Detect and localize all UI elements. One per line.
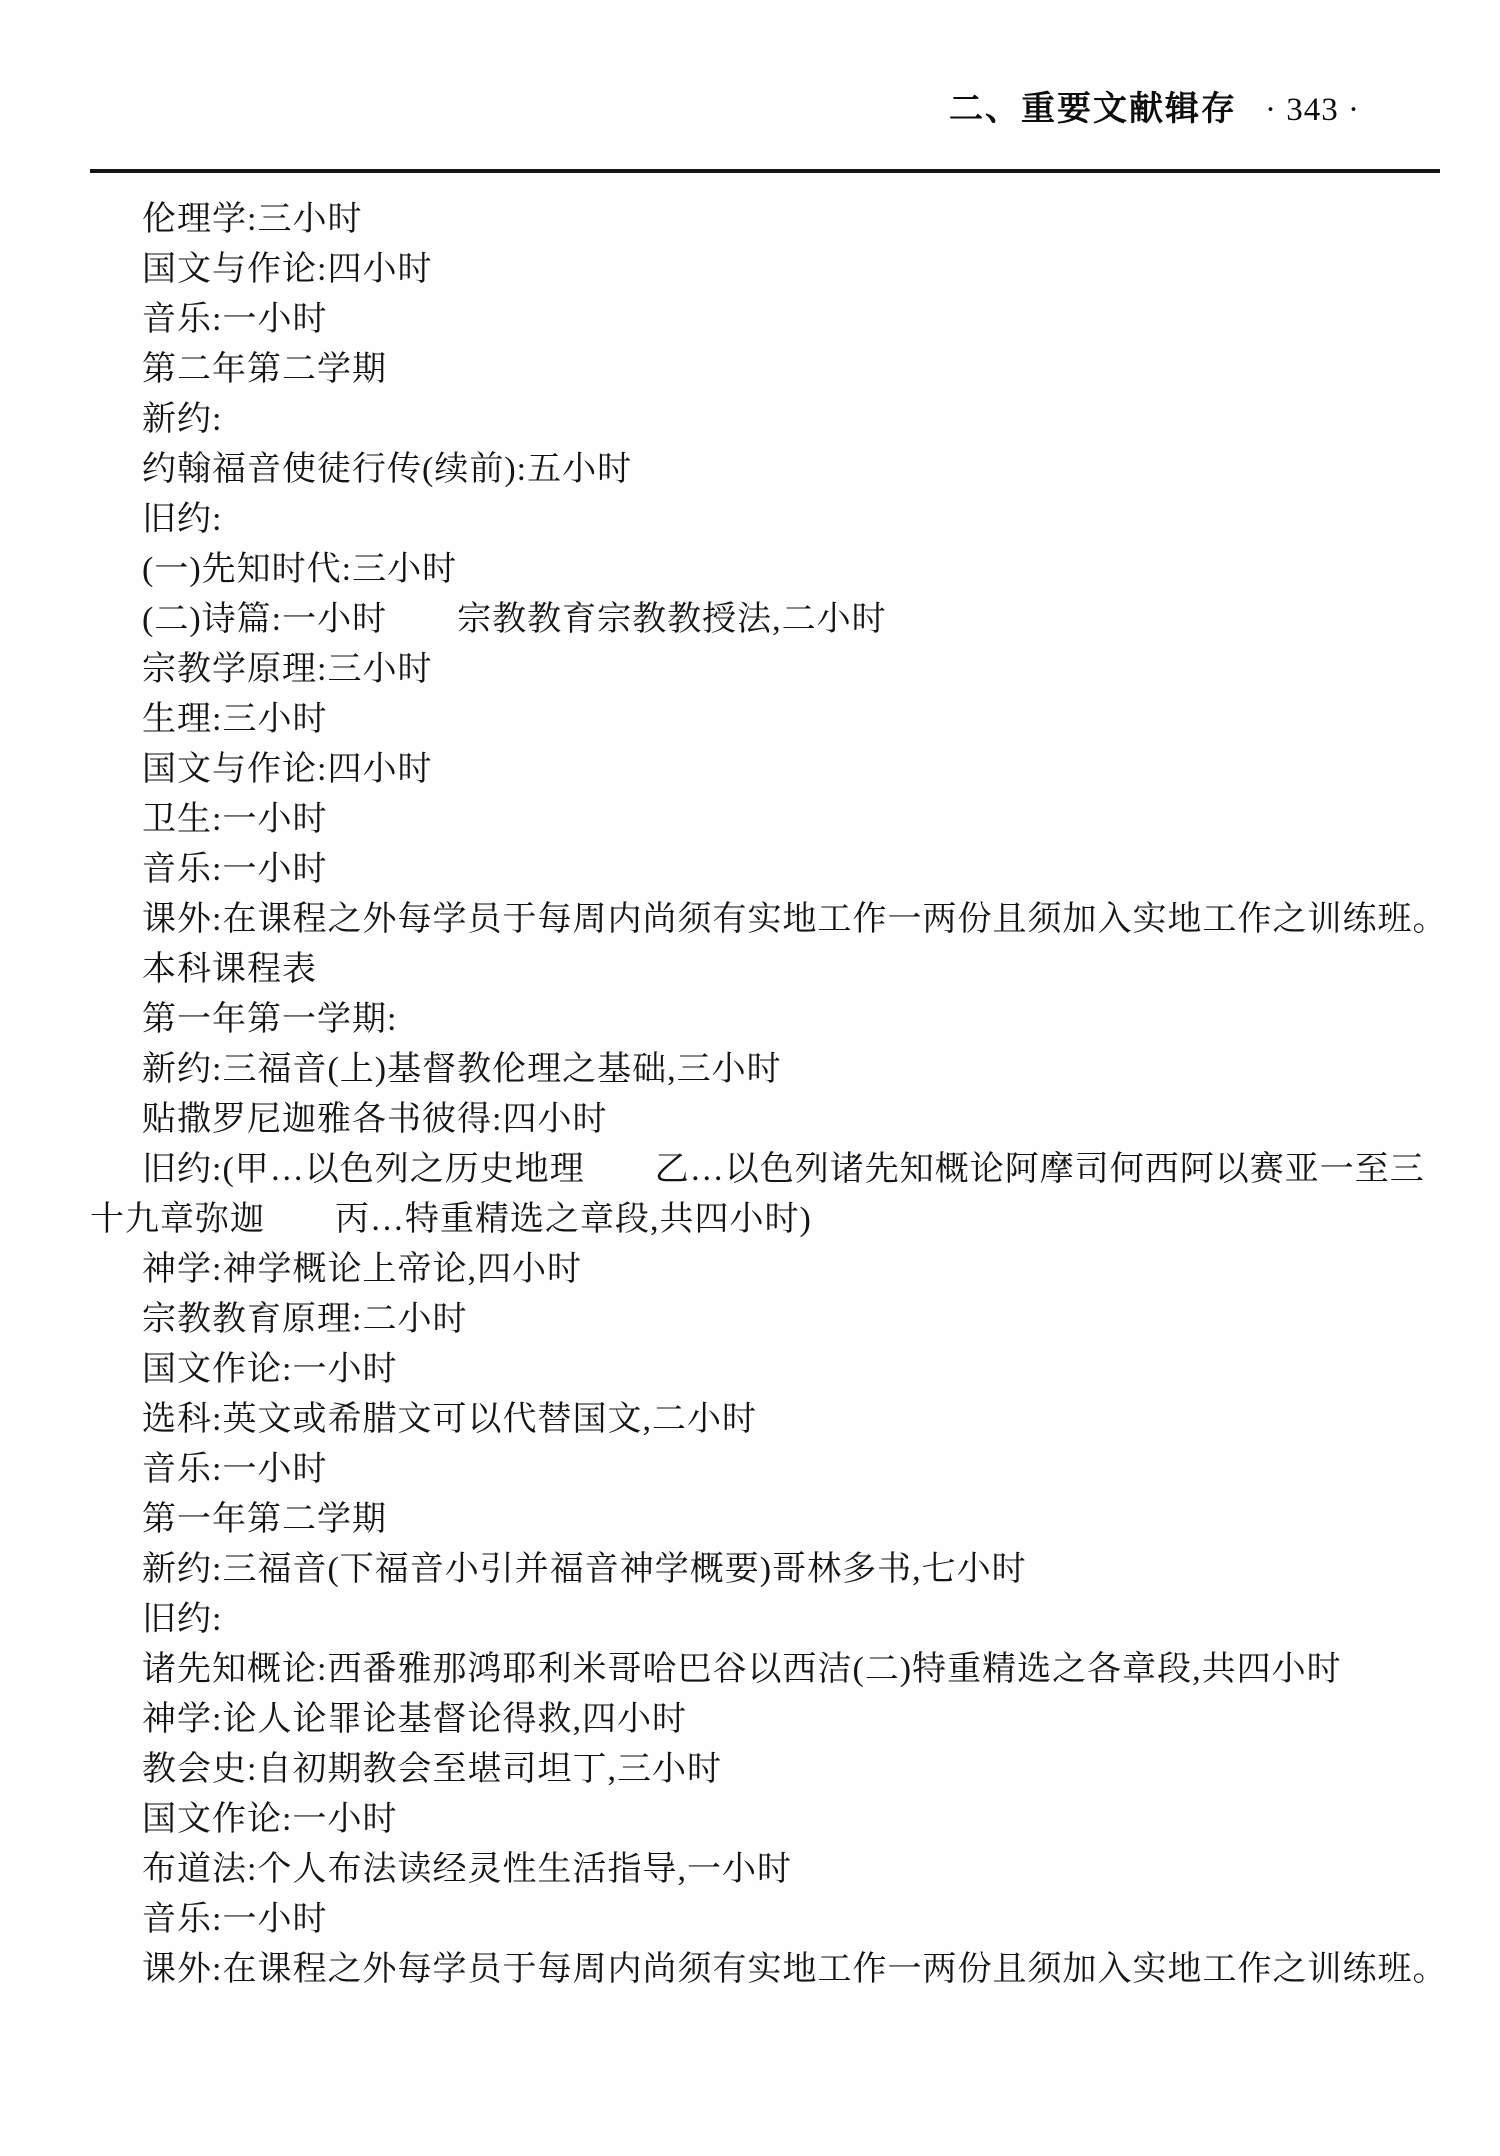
page-number: · 343 · (1265, 89, 1360, 131)
text-line: 课外:在课程之外每学员于每周内尚须有实地工作一两份且须加入实地工作之训练班。 (90, 895, 1440, 945)
text-line: 国文作论:一小时 (90, 1795, 1440, 1845)
text-line: 十九章弥迦 丙…特重精选之章段,共四小时) (90, 1195, 1440, 1245)
text-line: 国文与作论:四小时 (90, 245, 1440, 295)
text-line: 生理:三小时 (90, 695, 1440, 745)
text-line: 音乐:一小时 (90, 1895, 1440, 1945)
text-line: 音乐:一小时 (90, 295, 1440, 345)
text-line: 神学:神学概论上帝论,四小时 (90, 1245, 1440, 1295)
text-line: (二)诗篇:一小时 宗教教育宗教教授法,二小时 (90, 595, 1440, 645)
text-line: 神学:论人论罪论基督论得救,四小时 (90, 1695, 1440, 1745)
text-line: 诸先知概论:西番雅那鸿耶利米哥哈巴谷以西洁(二)特重精选之各章段,共四小时 (90, 1645, 1440, 1695)
text-line: 旧约: (90, 1595, 1440, 1645)
text-line: 第一年第二学期 (90, 1495, 1440, 1545)
text-line: 音乐:一小时 (90, 1445, 1440, 1495)
text-line: 音乐:一小时 (90, 845, 1440, 895)
text-line: (一)先知时代:三小时 (90, 545, 1440, 595)
text-line: 选科:英文或希腊文可以代替国文,二小时 (90, 1395, 1440, 1445)
page-body: 伦理学:三小时国文与作论:四小时音乐:一小时第二年第二学期新约:约翰福音使徒行传… (90, 195, 1440, 1995)
text-line: 课外:在课程之外每学员于每周内尚须有实地工作一两份且须加入实地工作之训练班。 (90, 1945, 1440, 1995)
text-line: 新约: (90, 395, 1440, 445)
section-title: 二、重要文献辑存 (949, 88, 1237, 130)
header-rule (90, 169, 1440, 173)
text-line: 卫生:一小时 (90, 795, 1440, 845)
text-line: 约翰福音使徒行传(续前):五小时 (90, 445, 1440, 495)
text-line: 新约:三福音(下福音小引并福音神学概要)哥林多书,七小时 (90, 1545, 1440, 1595)
text-line: 布道法:个人布法读经灵性生活指导,一小时 (90, 1845, 1440, 1895)
book-page: 二、重要文献辑存 · 343 · 伦理学:三小时国文与作论:四小时音乐:一小时第… (0, 0, 1500, 2156)
text-line: 第一年第一学期: (90, 995, 1440, 1045)
text-line: 国文与作论:四小时 (90, 745, 1440, 795)
text-line: 伦理学:三小时 (90, 195, 1440, 245)
page-inner: 二、重要文献辑存 · 343 · 伦理学:三小时国文与作论:四小时音乐:一小时第… (0, 0, 1500, 1995)
text-line: 旧约:(甲…以色列之历史地理 乙…以色列诸先知概论阿摩司何西阿以赛亚一至三 (90, 1145, 1440, 1195)
text-line: 宗教学原理:三小时 (90, 645, 1440, 695)
text-line: 教会史:自初期教会至堪司坦丁,三小时 (90, 1745, 1440, 1795)
text-line: 国文作论:一小时 (90, 1345, 1440, 1395)
running-header: 二、重要文献辑存 · 343 · (90, 88, 1440, 131)
text-line: 新约:三福音(上)基督教伦理之基础,三小时 (90, 1045, 1440, 1095)
text-line: 本科课程表 (90, 945, 1440, 995)
text-line: 旧约: (90, 495, 1440, 545)
text-line: 贴撒罗尼迦雅各书彼得:四小时 (90, 1095, 1440, 1145)
text-line: 宗教教育原理:二小时 (90, 1295, 1440, 1345)
text-line: 第二年第二学期 (90, 345, 1440, 395)
